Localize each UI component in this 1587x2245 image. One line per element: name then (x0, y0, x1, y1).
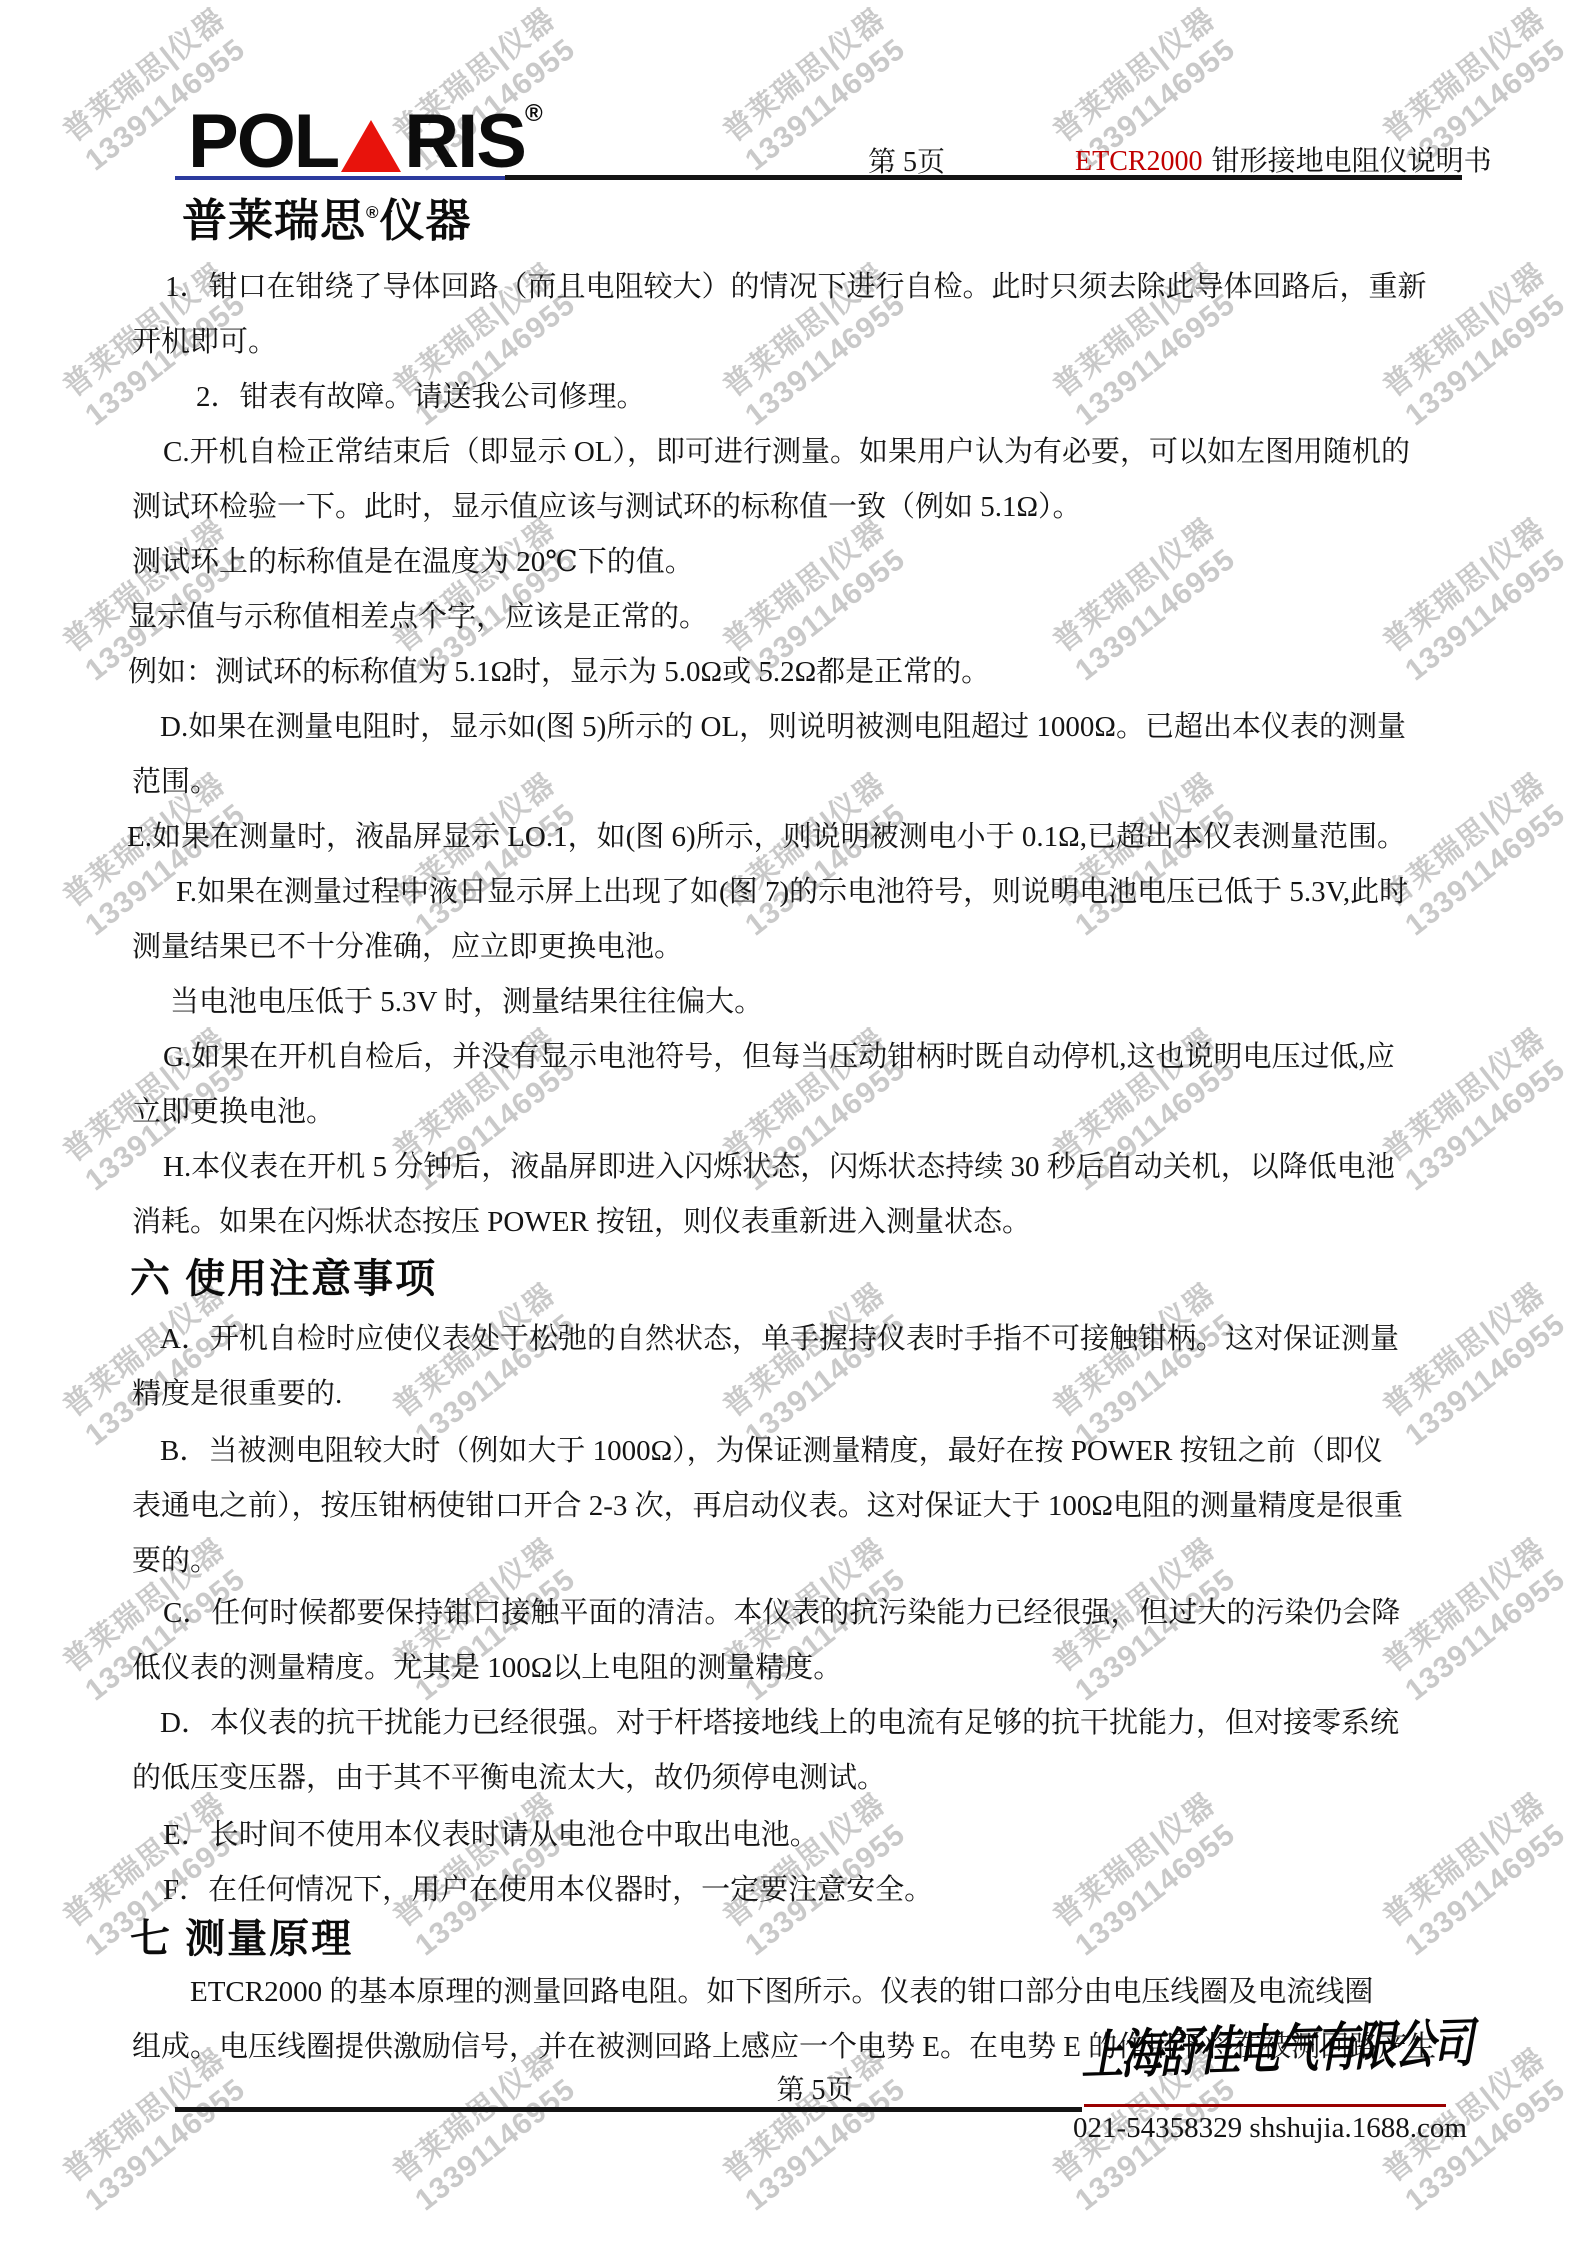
brand-subtitle-name: 普莱瑞思 (182, 195, 366, 246)
body-line: 当电池电压低于 5.3V 时，测量结果往往偏大。 (170, 985, 763, 1019)
body-line: A．开机自检时应使仪表处于松弛的自然状态，单手握持仪表时手指不可接触钳柄。这对保… (160, 1322, 1399, 1356)
footer-page-number: 第 5页 (700, 2068, 930, 2108)
body-line: 2．钳表有故障。请送我公司修理。 (196, 380, 646, 414)
body-line: 立即更换电池。 (132, 1095, 335, 1129)
polaris-logo: POL RIS ® 普莱瑞思®仪器 (188, 108, 543, 172)
brand-wordmark: POL RIS ® (188, 108, 543, 172)
body-line: 测试环检验一下。此时，显示值应该与测试环的标称值一致（例如 5.1Ω）。 (132, 490, 1082, 524)
body-line: ETCR2000 的基本原理的测量回路电阻。如下图所示。仪表的钳口部分由电压线圈… (190, 1975, 1373, 2009)
body-line: E.如果在测量时，液晶屏显示 LO.1，如(图 6)所示，则说明被测电小于 0.… (127, 820, 1406, 854)
section-heading: 六 使用注意事项 (130, 1256, 437, 1302)
body-line: 范围。 (132, 765, 219, 799)
manual-page: 普莱瑞思|仪器13391146955普莱瑞思|仪器13391146955普莱瑞思… (0, 0, 1587, 2245)
body-line: D．本仪表的抗干扰能力已经很强。对于杆塔接地线上的电流有足够的抗干扰能力，但对接… (160, 1706, 1399, 1740)
body-line: H.本仪表在开机 5 分钟后，液晶屏即进入闪烁状态，闪烁状态持续 30 秒后自动… (163, 1150, 1395, 1184)
red-triangle-icon (341, 120, 401, 172)
body-line: 例如：测试环的标称值为 5.1Ω时，显示为 5.0Ω或 5.2Ω都是正常的。 (128, 655, 990, 689)
body-line: F．在任何情况下，用户在使用本仪器时，一定要注意安全。 (163, 1873, 933, 1907)
header-doc-title: ETCR2000钳形接地电阻仪说明书 (1075, 139, 1492, 179)
header-title-text: 钳形接地电阻仪说明书 (1212, 146, 1492, 177)
body-line: 消耗。如果在闪烁状态按压 POWER 按钮，则仪表重新进入测量状态。 (132, 1205, 1031, 1239)
body-line: B．当被测电阻较大时（例如大于 1000Ω），为保证测量精度，最好在按 POWE… (160, 1434, 1383, 1468)
body-line: C.开机自检正常结束后（即显示 OL），即可进行测量。如果用户认为有必要，可以如… (163, 435, 1410, 469)
company-signature: 上海舒佳电气有限公司 (1081, 2013, 1448, 2090)
body-line: 要的。 (132, 1544, 219, 1578)
body-line: 测量结果已不十分准确，应立即更换电池。 (132, 930, 683, 964)
body-line: 的低压变压器，由于其不平衡电流太大，故仍须停电测试。 (132, 1761, 886, 1795)
brand-text-left: POL (188, 112, 338, 172)
body-line: E．长时间不使用本仪表时请从电池仓中取出电池。 (163, 1818, 819, 1852)
brand-text-right: RIS (404, 112, 525, 172)
brand-subtitle: 普莱瑞思®仪器 (182, 184, 472, 249)
body-line: 测试环上的标称值是在温度为 20℃下的值。 (132, 545, 694, 579)
body-line: 精度是很重要的. (132, 1377, 342, 1411)
brand-subtitle-suffix: 仪器 (380, 195, 472, 246)
body-line: G.如果在开机自检后，并没有显示电池符号，但每当压动钳柄时既自动停机,这也说明电… (163, 1040, 1395, 1074)
body-line: 1．钳口在钳绕了导体回路（而且电阻较大）的情况下进行自检。此时只须去除此导体回路… (165, 270, 1427, 304)
header-page-number: 第 5页 (868, 140, 945, 180)
registered-mark-icon: ® (366, 203, 380, 222)
body-line: C．任何时候都要保持钳口接触平面的清洁。本仪表的抗污染能力已经很强，但过大的污染… (163, 1596, 1400, 1630)
footer-contact-info: 021-54358329 shshujia.1688.com (1073, 2112, 1467, 2145)
logo-underline-rule (175, 176, 505, 180)
registered-mark-icon: ® (525, 102, 543, 126)
header-model-number: ETCR2000 (1075, 146, 1203, 177)
body-line: D.如果在测量电阻时，显示如(图 5)所示的 OL，则说明被测电阻超过 1000… (160, 710, 1406, 744)
footer-rule (175, 2107, 1082, 2112)
page-content: POL RIS ® 普莱瑞思®仪器 第 5页 ETCR2000钳形接地电阻仪说明… (0, 0, 1587, 2245)
section-heading: 七 测量原理 (130, 1916, 353, 1962)
body-line: F.如果在测量过程中液日显示屏上出现了如(图 7)的示电池符号，则说明电池电压已… (176, 875, 1408, 909)
footer-company-underline (1084, 2104, 1446, 2107)
body-line: 显示值与示称值相差点个字，应该是正常的。 (128, 600, 708, 634)
body-line: 低仪表的测量精度。尤其是 100Ω以上电阻的测量精度。 (132, 1651, 842, 1685)
body-line: 表通电之前），按压钳柄使钳口开合 2-3 次，再启动仪表。这对保证大于 100Ω… (132, 1489, 1403, 1523)
body-line: 开机即可。 (132, 325, 277, 359)
